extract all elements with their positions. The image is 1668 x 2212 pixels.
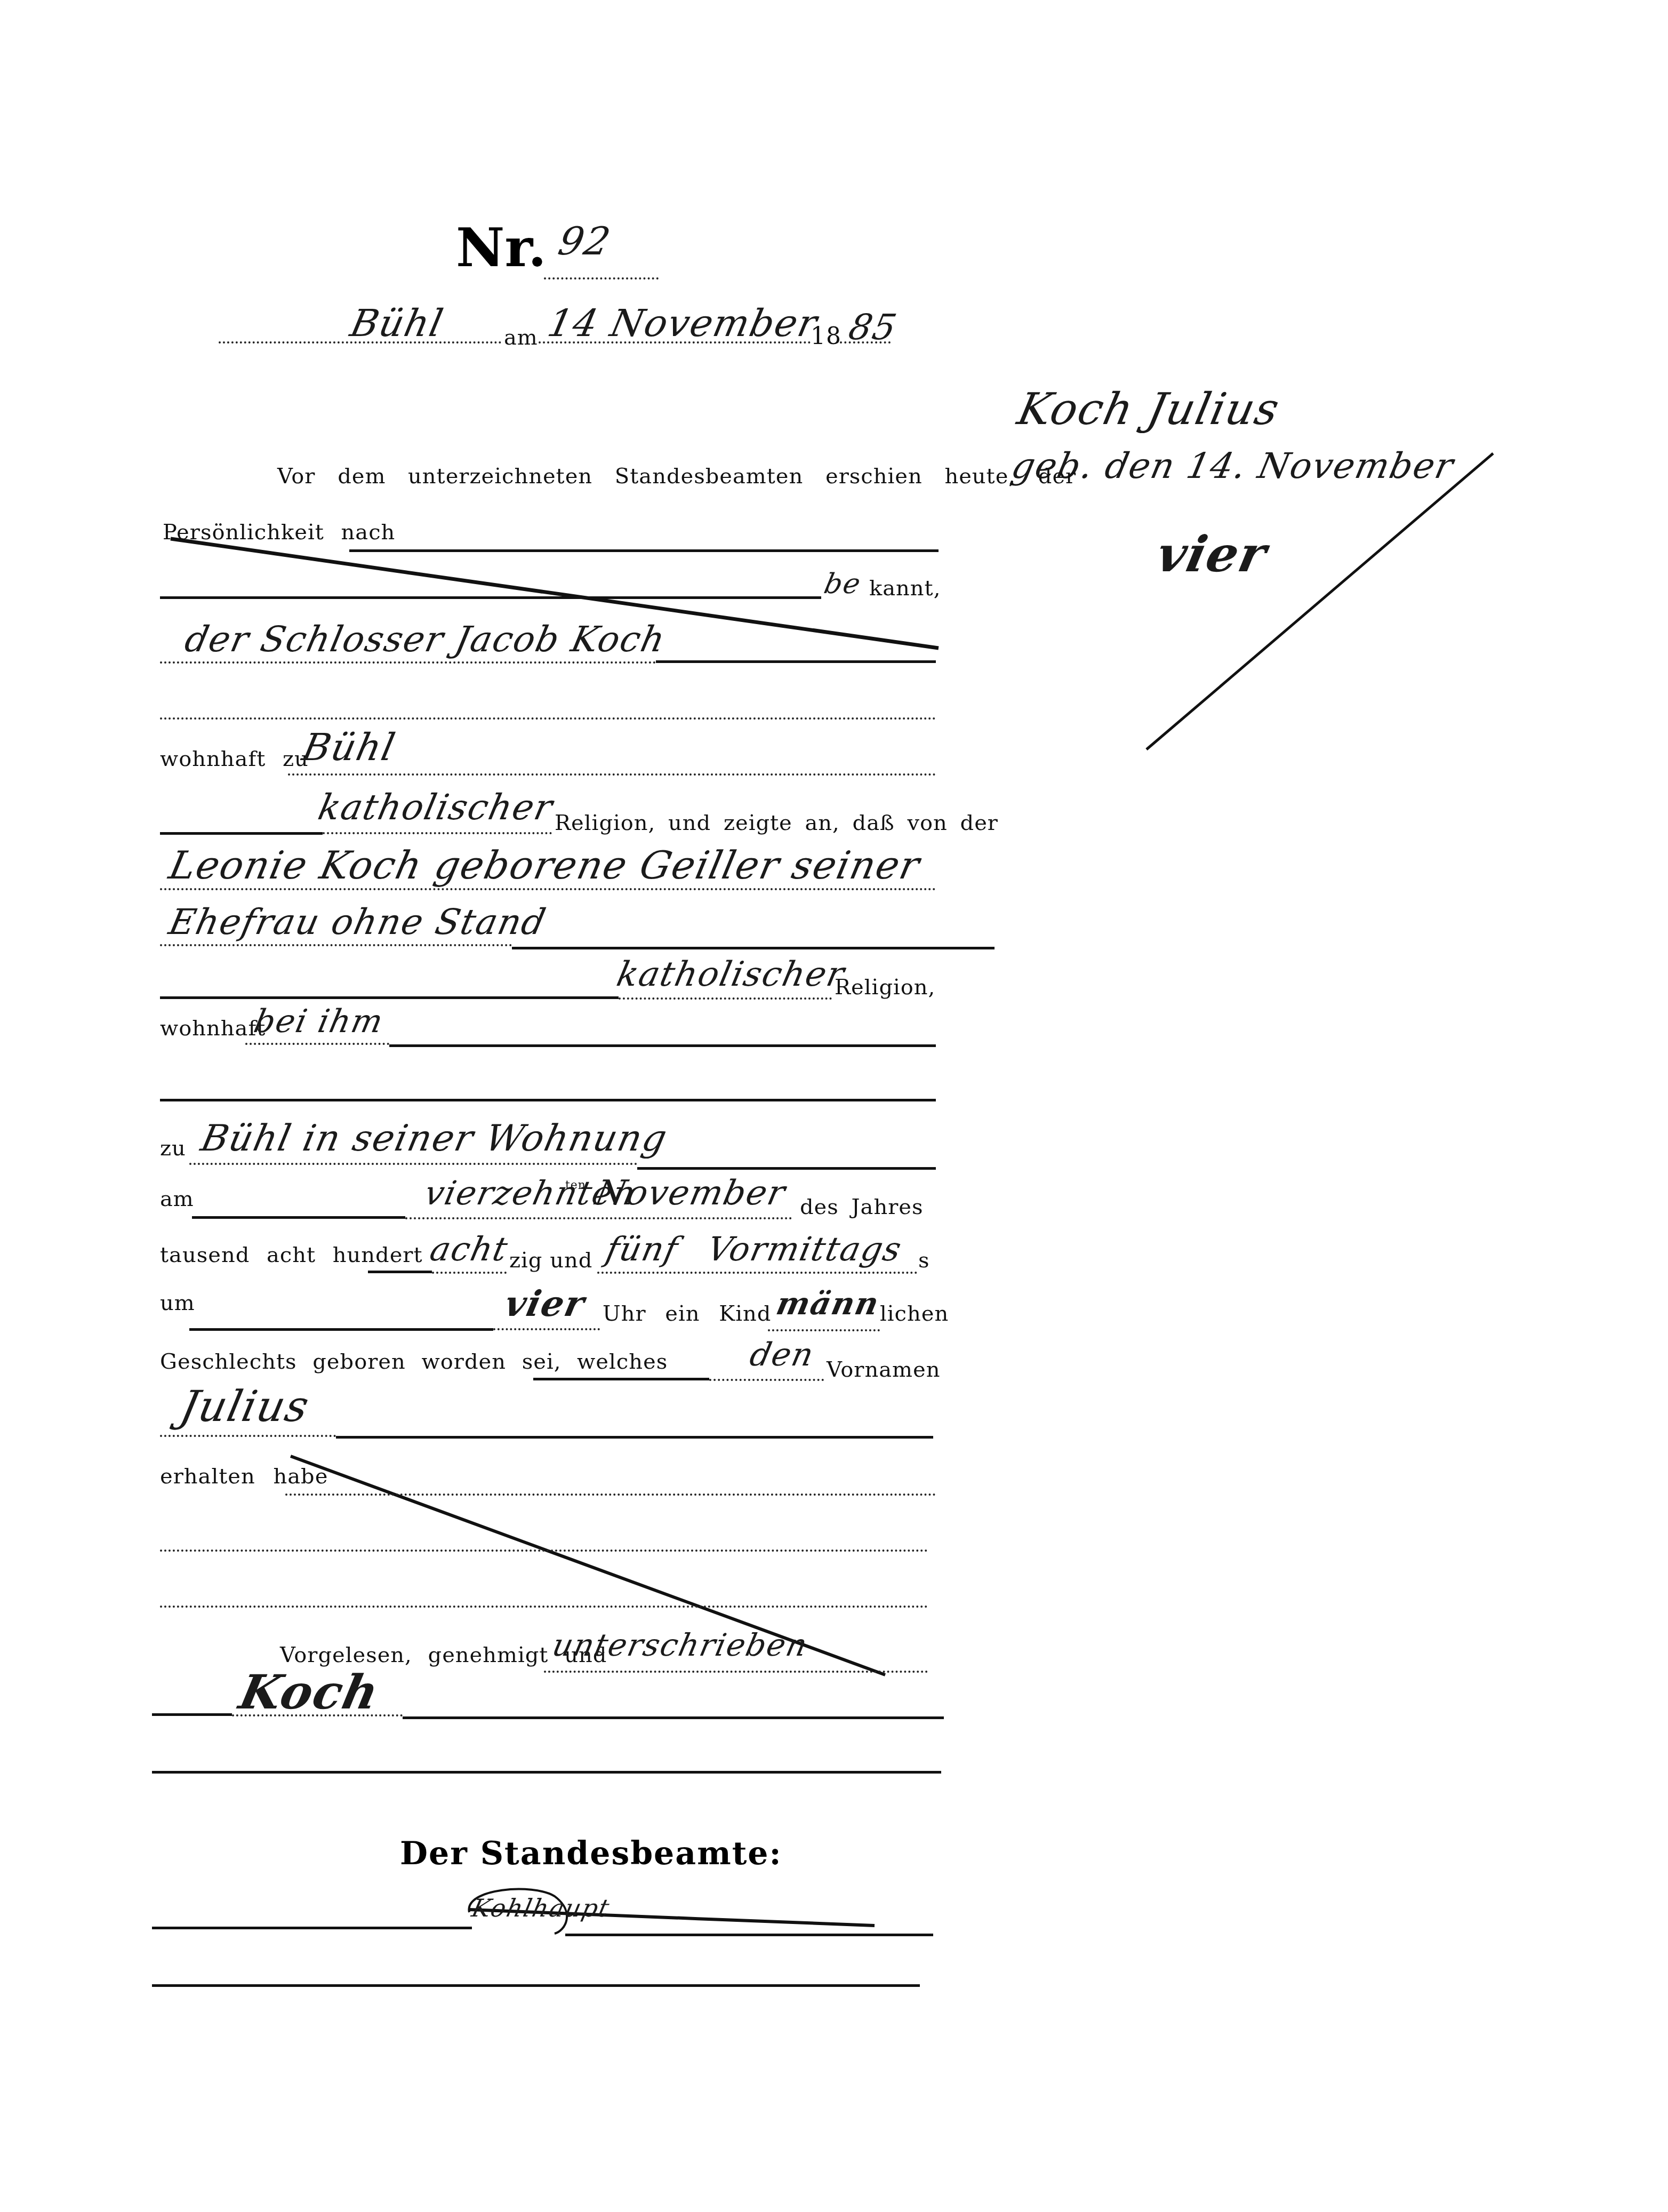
margin-note-time: vier bbox=[1152, 525, 1272, 583]
time-of-day-suffix: s bbox=[918, 1248, 930, 1273]
registrar-signature: Kohlhaupt bbox=[469, 1894, 613, 1922]
mother-dotline bbox=[160, 888, 936, 890]
mother-residence-line bbox=[389, 1044, 936, 1047]
residence-hand: Bühl bbox=[299, 725, 399, 769]
date-print-year: des Jahres bbox=[800, 1195, 923, 1219]
blank-line-2 bbox=[160, 1099, 936, 1101]
mother-status-dotline bbox=[160, 944, 512, 946]
time-dotline bbox=[493, 1328, 600, 1330]
religion1-print: Religion, und zeigte an, daß von der bbox=[555, 811, 998, 835]
forename-hand: Julius bbox=[176, 1381, 314, 1431]
number-value: 92 bbox=[555, 219, 615, 263]
header-place: Bühl bbox=[347, 301, 447, 345]
mother-hand: Leonie Koch geborene Geiller seiner bbox=[165, 843, 924, 888]
time-of-day-hand: Vormittags bbox=[704, 1229, 905, 1268]
received-label: erhalten habe bbox=[160, 1464, 328, 1489]
article-dotline bbox=[709, 1379, 824, 1381]
blank-line-6 bbox=[152, 1984, 920, 1987]
mother-status-line bbox=[512, 947, 995, 949]
known-line bbox=[160, 596, 821, 599]
religion2-line bbox=[160, 996, 619, 999]
known-hand: be bbox=[821, 568, 864, 600]
blank-dotline-3 bbox=[160, 1550, 928, 1552]
religion2-dotline bbox=[619, 997, 832, 1000]
header-year-prefix: 18 bbox=[811, 323, 841, 350]
religion1-dotline bbox=[323, 832, 552, 834]
blank-dotline-1 bbox=[160, 717, 936, 720]
mother-residence-dotline bbox=[245, 1043, 389, 1045]
residence-label: wohnhaft zu bbox=[160, 747, 309, 771]
place-dotline bbox=[189, 1163, 637, 1165]
informant-sig-line-left bbox=[152, 1713, 232, 1716]
year-hand-units: fünf bbox=[603, 1229, 682, 1268]
year-dotline-2 bbox=[597, 1272, 917, 1274]
article-line bbox=[533, 1378, 709, 1380]
known-print: kannt, bbox=[869, 576, 941, 601]
place-label: zu bbox=[160, 1136, 186, 1161]
forename-dotline bbox=[160, 1435, 336, 1437]
read-hand: unterschrieben bbox=[549, 1627, 812, 1663]
religion1-hand: katholischer bbox=[315, 787, 557, 828]
margin-note-name: Koch Julius bbox=[1013, 384, 1284, 435]
margin-diagonal-line bbox=[1146, 453, 1493, 749]
year-dotline-1 bbox=[432, 1272, 507, 1274]
date-superscript: ten bbox=[565, 1179, 586, 1192]
birth-register-page: Nr. 92 Bühl am 14 November 18 85 Koch Ju… bbox=[0, 0, 1668, 2212]
article-hand: den bbox=[747, 1336, 817, 1373]
blank-line-5 bbox=[152, 1771, 941, 1774]
religion1-line bbox=[160, 832, 323, 835]
informant-line bbox=[656, 660, 936, 663]
informant-dotline bbox=[160, 661, 656, 664]
sex-print: lichen bbox=[880, 1301, 949, 1326]
date-line bbox=[192, 1216, 405, 1219]
blank-dotline-4 bbox=[160, 1606, 928, 1608]
informant-sig-line-right bbox=[403, 1716, 944, 1719]
number-label: Nr. bbox=[456, 216, 547, 279]
forename-line bbox=[336, 1436, 933, 1439]
date-label: am bbox=[160, 1187, 194, 1211]
header-date: 14 November bbox=[544, 301, 822, 345]
intro-text: Vor dem unterzeichneten Standesbeamten e… bbox=[277, 464, 1076, 489]
time-line bbox=[189, 1328, 493, 1331]
registrar-line-left bbox=[152, 1927, 472, 1929]
year-print-zig: zig und bbox=[509, 1248, 592, 1273]
mother-residence-hand: bei ihm bbox=[251, 1003, 387, 1040]
place-line bbox=[637, 1167, 936, 1170]
year-line bbox=[840, 341, 891, 344]
date-dotline bbox=[405, 1217, 792, 1219]
identity-line bbox=[349, 549, 939, 552]
registrar-label: Der Standesbeamte: bbox=[400, 1835, 782, 1872]
sex-dotline bbox=[768, 1329, 880, 1331]
place-hand: Bühl in seiner Wohnung bbox=[197, 1117, 671, 1160]
year-print-prefix: tausend acht hundert bbox=[160, 1243, 423, 1267]
header-am: am bbox=[504, 325, 538, 350]
year-hand-tens: acht bbox=[427, 1229, 512, 1268]
gender-line-print: Geschlechts geboren worden sei, welches bbox=[160, 1349, 668, 1374]
received-dotline bbox=[285, 1494, 936, 1496]
forename-label: Vornamen bbox=[827, 1357, 940, 1382]
sex-hand: männ bbox=[773, 1285, 883, 1322]
religion2-print: Religion, bbox=[835, 975, 935, 1000]
informant-hand: der Schlosser Jacob Koch bbox=[181, 619, 670, 660]
time-hand: vier bbox=[501, 1283, 589, 1324]
identity-label: Persönlichkeit nach bbox=[163, 520, 395, 545]
date-hand-month: November bbox=[592, 1173, 789, 1213]
year-line bbox=[368, 1271, 432, 1273]
read-dotline bbox=[544, 1671, 928, 1673]
number-line bbox=[544, 277, 659, 280]
mother-residence-label: wohnhaft bbox=[160, 1016, 266, 1041]
time-print: Uhr ein Kind bbox=[603, 1301, 771, 1326]
time-label: um bbox=[160, 1291, 195, 1315]
mother-status-hand: Ehefrau ohne Stand bbox=[165, 901, 550, 943]
registrar-line-right bbox=[565, 1934, 933, 1936]
informant-signature: Koch bbox=[235, 1664, 384, 1720]
residence-dotline bbox=[288, 773, 936, 776]
religion2-hand: katholischer bbox=[613, 955, 848, 994]
